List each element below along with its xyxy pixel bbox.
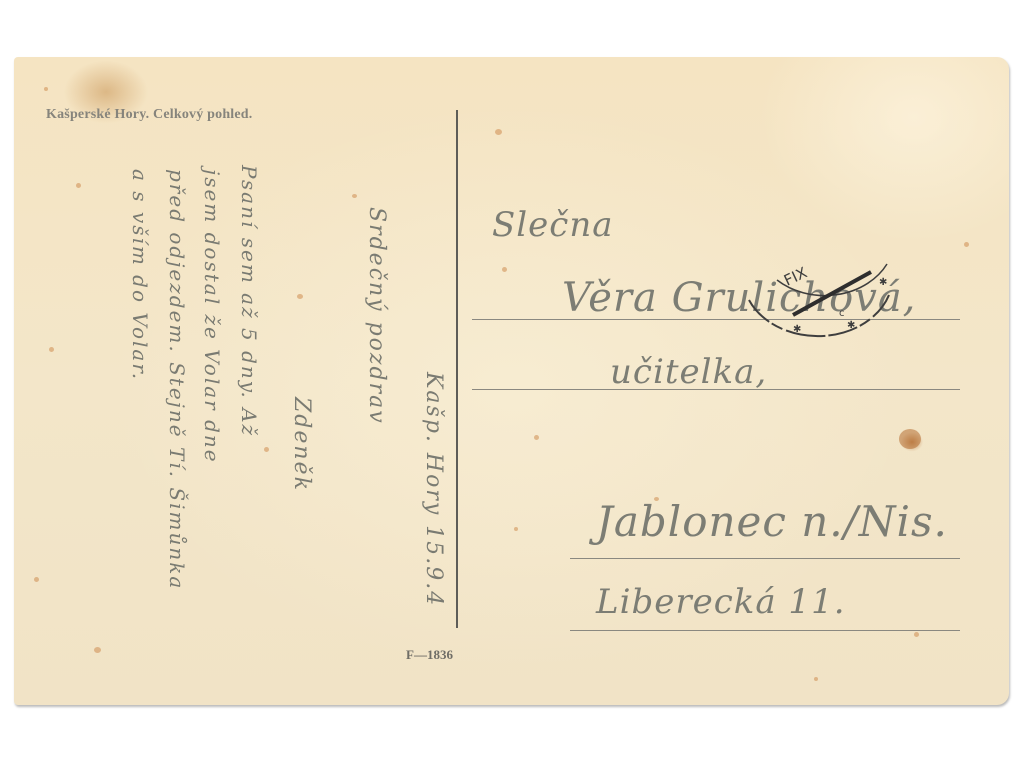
stain-spot-large (899, 429, 921, 449)
stain-spot (49, 347, 54, 352)
postmark-letter: c (839, 308, 845, 319)
stain-spot (297, 294, 303, 299)
place-date: Kašp. Hory 15.9.4 (421, 372, 446, 607)
stain-spot (534, 435, 539, 440)
stain-spot (814, 677, 818, 681)
stain-spot (44, 87, 48, 91)
address-salutation: Slečna (492, 205, 614, 245)
stain-spot (264, 447, 269, 452)
message-line-2: jsem dostal že Volar dne (200, 169, 224, 464)
svg-text:✱: ✱ (879, 277, 887, 288)
svg-text:✱: ✱ (793, 324, 801, 335)
print-code: F—1836 (406, 647, 453, 663)
divider-line (456, 110, 458, 628)
address-street: Liberecká 11. (596, 582, 846, 622)
address-city: Jablonec n./Nis. (596, 497, 948, 546)
stain-spot (495, 129, 502, 135)
postcard-back: Kašperské Hory. Celkový pohled. Psaní se… (14, 57, 1009, 705)
stain-spot (514, 527, 518, 531)
stain-spot (94, 647, 101, 653)
signature: Zdeněk (289, 397, 314, 492)
greeting: Srdečný pozdrav (364, 207, 389, 425)
svg-text:✱: ✱ (847, 320, 855, 331)
stain-spot (352, 194, 357, 198)
stain-spot (502, 267, 507, 272)
message-line-1: Psaní sem až 5 dny. Až (237, 165, 261, 437)
message-line-4: a s vším do Volar. (128, 169, 152, 381)
address-line-3 (570, 558, 960, 559)
stain-spot (964, 242, 969, 247)
stain-spot (914, 632, 919, 637)
printed-caption: Kašperské Hory. Celkový pohled. (46, 107, 253, 123)
stain-spot (76, 183, 81, 188)
address-title: učitelka, (610, 352, 767, 392)
address-line-4 (570, 630, 960, 631)
postmark-icon: FIX c ✱ ✱ ✱ (729, 250, 897, 340)
message-line-3: před odjezdem. Stejně Tí. Šimůnka (165, 169, 189, 590)
stain-spot (34, 577, 39, 582)
